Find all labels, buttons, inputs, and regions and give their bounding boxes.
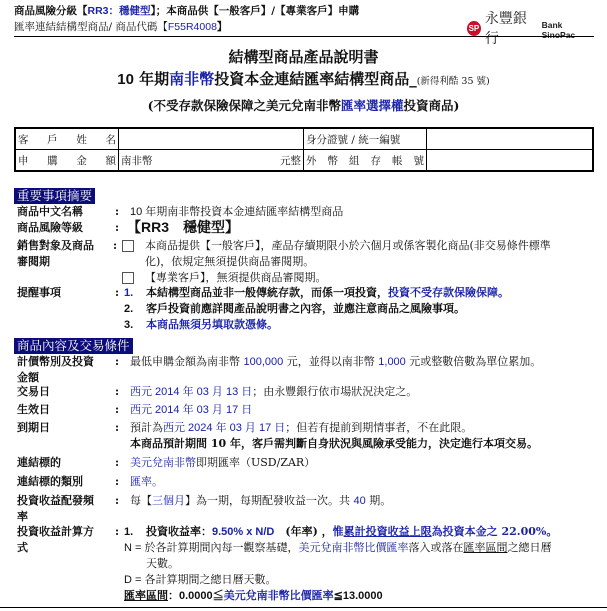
general-client-checkbox[interactable] (122, 240, 134, 252)
reminder-item: 1.本結構型商品並非一般傳統存款，而係一項投資，投資不受存款保險保障。 (124, 285, 604, 301)
id-number-label: 身分證號 / 統一編號 (304, 128, 427, 150)
yield-rate-line: 1.投資收益率：9.50% x N/D (年率) ，惟累計投資收益上限為投資本金… (124, 524, 604, 540)
reminder-item: 3.本商品無須另填取款憑條。 (124, 317, 604, 333)
fx-account-field[interactable] (427, 150, 594, 172)
subscription-amount-label: 申 購 金 額 (15, 150, 119, 172)
risk-level-value: 【RR3 穩健型】 (127, 219, 597, 235)
currency-amount-value: 最低申購金額為南非幣 100,000 元，並得以南非幣 1,000 元或整數倍數… (130, 354, 600, 370)
sinopac-logo-icon: SP (467, 21, 481, 36)
trade-date-value: 西元 2014 年 03 月 13 日 (130, 386, 252, 398)
bank-logo: SP 永豐銀行 Bank SinoPac (467, 8, 594, 48)
product-title: 10 年期南非幣投資本金連結匯率結構型商品_(新得利酷 35 號) (0, 68, 607, 93)
maturity-date-row: 到期日: 預計為西元 2024 年 03 月 17 日；但若有提前到期情事者，不… (17, 420, 602, 452)
payout-frequency-row: 投資收益配發頻率: 每【三個月】為一期，每期配發收益一次。共 40 期。 (17, 493, 602, 525)
summary-section-heading: 重要事項摘要 (14, 188, 95, 204)
product-subtitle: (不受存款保險保障之美元兌南非幣匯率選擇權投資商品) (0, 95, 607, 117)
reminders-row: 提醒事項: 1.本結構型商品並非一般傳統存款，而係一項投資，投資不受存款保險保障… (17, 285, 602, 335)
professional-client-text: 【專業客戶】，無須提供商品審閱期。 (145, 270, 327, 286)
customer-name-label: 客 戶 姓 名 (15, 128, 119, 150)
effective-date-value: 西元 2014 年 03 月 17 日 (130, 402, 600, 418)
maturity-date-value: 西元 2024 年 03 月 17 日 (163, 422, 285, 434)
id-number-field[interactable] (427, 128, 594, 150)
document-header: 商品風險分級【RR3：穩健型】；本商品供【一般客戶】/【專業客戶】申購 匯率連結… (14, 3, 594, 38)
yield-calculation-row: 投資收益計算方式: 1.投資收益率：9.50% x N/D (年率) ，惟累計投… (17, 524, 602, 606)
document-titles: 結構型商品產品說明書 10 年期南非幣投資本金連結匯率結構型商品_(新得利酷 3… (0, 46, 607, 117)
reminder-list: 1.本結構型商品並非一般傳統存款，而係一項投資，投資不受存款保險保障。 2.客戶… (124, 285, 604, 333)
risk-classification-text: 商品風險分級【RR3：穩健型】；本商品供【一般客戶】/【專業客戶】申購 匯率連結… (14, 3, 359, 35)
professional-client-checkbox[interactable] (122, 272, 134, 284)
risk-code: RR3：穩健型 (88, 5, 151, 17)
reminder-item: 2.客戶投資前應詳閱產品說明書之內容，並應注意商品之風險事項。 (124, 301, 604, 317)
header-divider (14, 36, 594, 37)
page-bottom-divider (0, 607, 607, 608)
document-title: 結構型商品產品說明書 (0, 46, 607, 68)
fx-range-line: 匯率區間：0.0000≦美元兌南非幣比價匯率≦13.0000 (124, 588, 604, 604)
n-definition: N = 於各計算期間內每一觀察基礎，美元兌南非幣比價匯率落入或落在匯率區間之總日… (124, 540, 604, 556)
subscription-amount-field[interactable]: 南非幣 元整 (119, 150, 304, 172)
bank-name-zh: 永豐銀行 (485, 8, 537, 48)
terms-section-heading: 商品內容及交易條件 (14, 338, 133, 354)
currency-amount-row: 計價幣別及投資金額: 最低申購金額為南非幣 100,000 元，並得以南非幣 1… (17, 354, 602, 386)
fx-account-label: 外 幣 組 存 帳 號 (304, 150, 427, 172)
d-definition: D = 各計算期間之總日曆天數。 (124, 572, 604, 588)
product-code: F55R4008 (168, 21, 217, 33)
general-client-text: 本商品提供【一般客戶】，產品存續期限小於六個月或係客製化商品(非交易條件標準化)… (145, 238, 605, 270)
sales-target-row: 銷售對象及商品審閱期 : 本商品提供【一般客戶】，產品存續期限小於六個月或係客製… (17, 238, 602, 288)
product-name-value: 10 年期南非幣投資本金連結匯率結構型商品 (130, 204, 600, 220)
customer-name-field[interactable] (119, 128, 304, 150)
customer-info-table: 客 戶 姓 名 身分證號 / 統一編號 申 購 金 額 南非幣 元整 (14, 127, 594, 172)
